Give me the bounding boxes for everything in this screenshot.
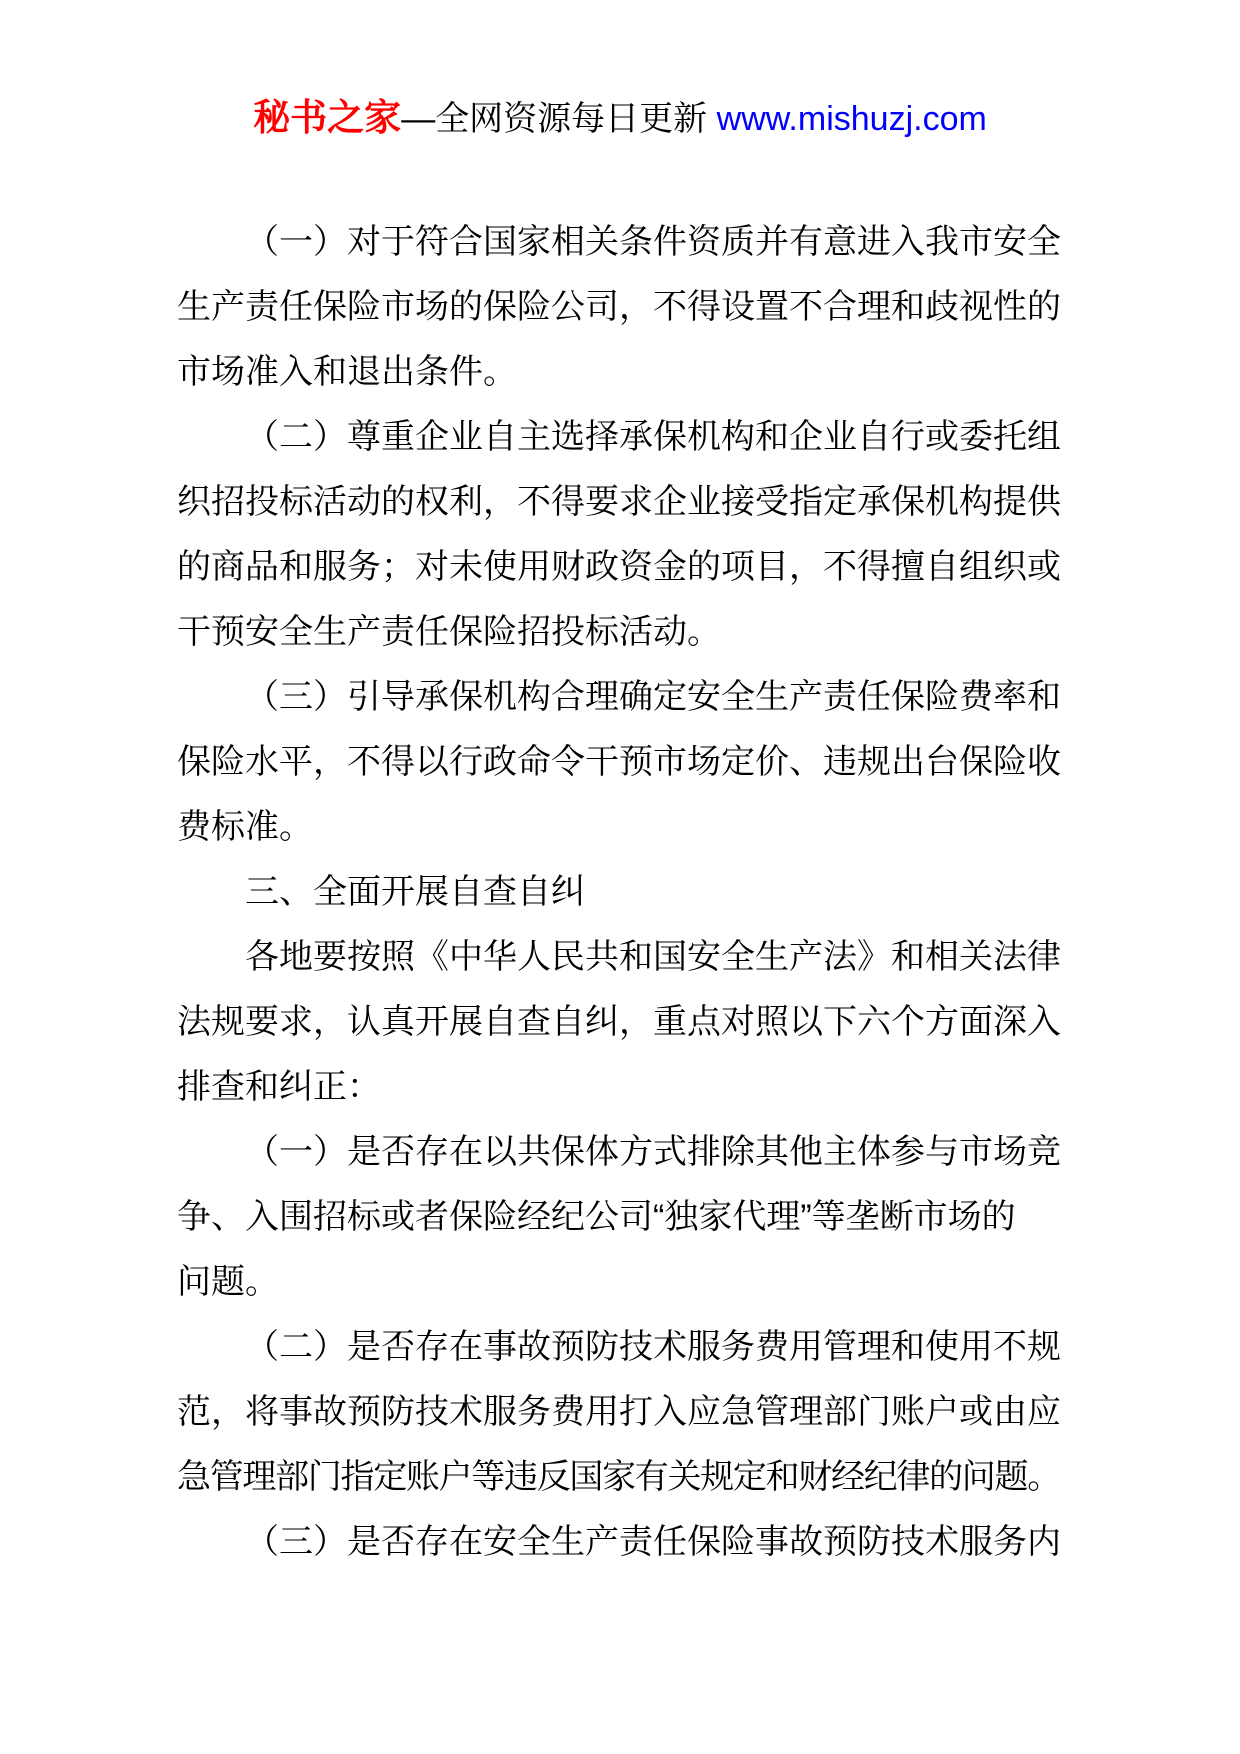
text-line: 保险水平，不得以行政命令干预市场定价、违规出台保险收 [177,730,1061,795]
text-line: 范，将事故预防技术服务费用打入应急管理部门账户或由应 [177,1380,1061,1445]
paragraph: （三）引导承保机构合理确定安全生产责任保险费率和保险水平，不得以行政命令干预市场… [177,665,1061,860]
paragraph: （二）尊重企业自主选择承保机构和企业自行或委托组织招投标活动的权利，不得要求企业… [177,405,1061,665]
paragraph: 三、全面开展自查自纠 [177,860,1061,925]
text-line: （一）对于符合国家相关条件资质并有意进入我市安全 [177,210,1061,275]
text-line: （二）尊重企业自主选择承保机构和企业自行或委托组 [177,405,1061,470]
text-line: 费标准。 [177,795,1061,860]
page-header: 秘书之家—全网资源每日更新 www.mishuzj.com [0,94,1240,143]
text-line: （三）引导承保机构合理确定安全生产责任保险费率和 [177,665,1061,730]
tagline-text: —全网资源每日更新 [401,100,716,138]
site-url-link[interactable]: www.mishuzj.com [717,100,987,138]
text-line: 干预安全生产责任保险招投标活动。 [177,600,1061,665]
text-line: 市场准入和退出条件。 [177,340,1061,405]
paragraph: （二）是否存在事故预防技术服务费用管理和使用不规范，将事故预防技术服务费用打入应… [177,1315,1061,1510]
text-line: 织招投标活动的权利，不得要求企业接受指定承保机构提供 [177,470,1061,535]
text-line: 急管理部门指定账户等违反国家有关规定和财经纪律的问题。 [177,1445,1061,1510]
text-line: （三）是否存在安全生产责任保险事故预防技术服务内 [177,1510,1061,1575]
text-line: 问题。 [177,1250,1061,1315]
text-line: 争、入围招标或者保险经纪公司“独家代理”等垄断市场的 [177,1185,1061,1250]
text-line: 生产责任保险市场的保险公司，不得设置不合理和歧视性的 [177,275,1061,340]
paragraph: （三）是否存在安全生产责任保险事故预防技术服务内 [177,1510,1061,1575]
text-line: 三、全面开展自查自纠 [177,860,1061,925]
text-line: 的商品和服务；对未使用财政资金的项目，不得擅自组织或 [177,535,1061,600]
brand-text: 秘书之家 [253,97,401,138]
document-body: （一）对于符合国家相关条件资质并有意进入我市安全生产责任保险市场的保险公司，不得… [177,210,1061,1575]
text-line: （二）是否存在事故预防技术服务费用管理和使用不规 [177,1315,1061,1380]
paragraph: （一）对于符合国家相关条件资质并有意进入我市安全生产责任保险市场的保险公司，不得… [177,210,1061,405]
document-page: 秘书之家—全网资源每日更新 www.mishuzj.com （一）对于符合国家相… [0,0,1240,1754]
paragraph: （一）是否存在以共保体方式排除其他主体参与市场竞争、入围招标或者保险经纪公司“独… [177,1120,1061,1315]
paragraph: 各地要按照《中华人民共和国安全生产法》和相关法律法规要求，认真开展自查自纠，重点… [177,925,1061,1120]
text-line: 排查和纠正： [177,1055,1061,1120]
text-line: 法规要求，认真开展自查自纠，重点对照以下六个方面深入 [177,990,1061,1055]
text-line: （一）是否存在以共保体方式排除其他主体参与市场竞 [177,1120,1061,1185]
text-line: 各地要按照《中华人民共和国安全生产法》和相关法律 [177,925,1061,990]
